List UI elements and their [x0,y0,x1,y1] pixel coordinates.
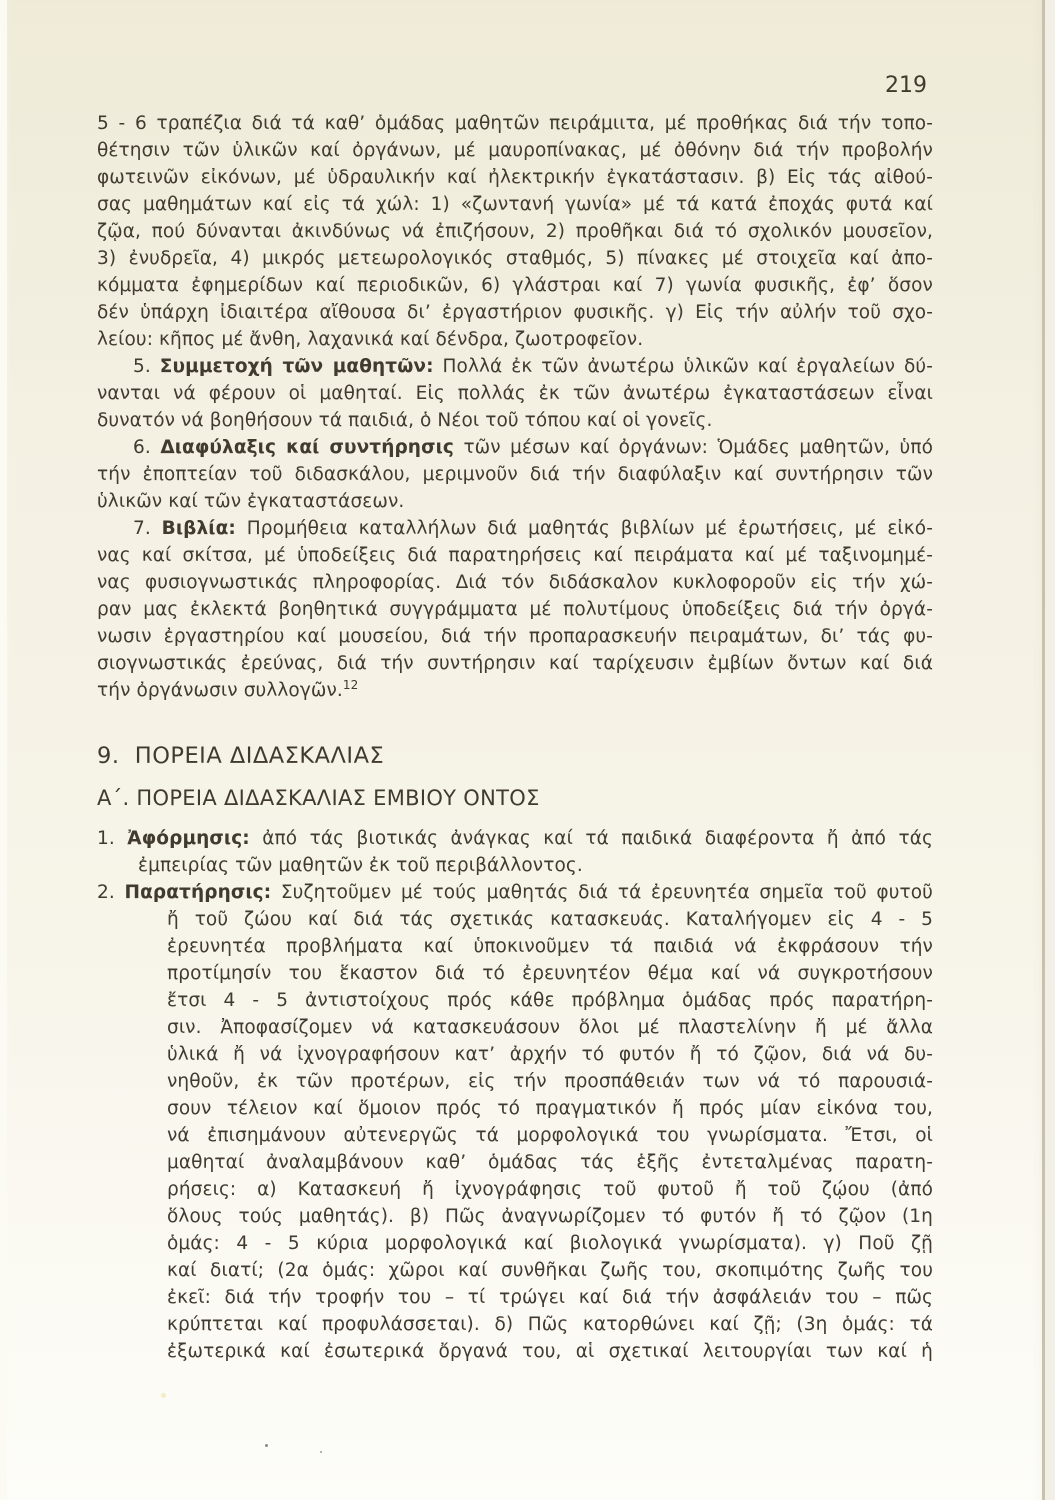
text-line: ρήσεις: α) Κατασκευή ἤ ἰχνογράφησις τοῦ … [97,1176,933,1203]
text-line: καί διατί; (2α ὁμάς: χῶροι καί συνθῆκαι … [97,1257,933,1284]
paper-speck [320,1451,322,1453]
text-line: 2. Παρατήρησις: Συζητοῦμεν μέ τούς μαθητ… [97,879,933,906]
text-line: κόμματα ἐφημερίδων καί περιοδικῶν, 6) γλ… [97,272,933,299]
text-line: ἐκεῖ: διά τήν τροφήν του – τί τρώγει καί… [97,1284,933,1311]
item-5-participation: 5. Συμμετοχή τῶν μαθητῶν: Πολλά ἐκ τῶν ἀ… [97,353,933,434]
footnote-marker: 12 [343,678,358,692]
text-line: μαθηταί ἀναλαμβάνουν καθ’ ὁμάδας τάς ἑξῆ… [97,1149,933,1176]
text-line: 1. Ἀφόρμησις: ἀπό τάς βιοτικάς ἀνάγκας κ… [97,825,933,852]
body-top: 5 - 6 τραπέζια διά τά καθ’ ὁμάδας μαθητῶ… [97,110,933,704]
section-heading: 9. ΠΟΡΕΙΑ ΔΙΔΑΣΚΑΛΙΑΣ [97,741,384,771]
text-line: 6. Διαφύλαξις καί συντήρησις τῶν μέσων κ… [97,434,933,461]
text-line: ὅλους τούς μαθητάς). β) Πῶς ἀναγνωρίζομε… [97,1203,933,1230]
text-line: 5 - 6 τραπέζια διά τά καθ’ ὁμάδας μαθητῶ… [97,110,933,137]
text-line: ἐμπειρίας τῶν μαθητῶν ἐκ τοῦ περιβάλλοντ… [97,852,933,879]
text-line: θέτησιν τῶν ὑλικῶν καί ὀργάνων, μέ μαυρο… [97,137,933,164]
text-line: τήν ὀργάνωσιν συλλογῶν.12 [97,677,933,704]
text-line: προτίμησίν του ἕκαστον διά τό ἐρευνητέον… [97,960,933,987]
text-line: 7. Βιβλία: Προμήθεια καταλλήλων διά μαθη… [97,515,933,542]
text-line: φωτεινῶν εἰκόνων, μέ ὑδραυλικήν καί ἠλεκ… [97,164,933,191]
text-line: λείου: κῆπος μέ ἄνθη, λαχανικά καί δένδρ… [97,326,933,353]
text-line: νηθοῦν, ἐκ τῶν προτέρων, εἰς τήν προσπάθ… [97,1068,933,1095]
text-line: ζῷα, πού δύνανται ἀκινδύνως νά ἐπιζήσουν… [97,218,933,245]
text-line: νας φυσιογνωστικάς πληροφορίας. Διά τόν … [97,569,933,596]
text-line: σουν τέλειον καί ὅμοιον πρός τό πραγματι… [97,1095,933,1122]
text-line: ἐξωτερικά καί ἐσωτερικά ὄργανά του, αἱ σ… [97,1338,933,1365]
paper-stain [161,1393,166,1398]
text-line: ἤ τοῦ ζώου καί διά τάς σχετικάς κατασκευ… [97,906,933,933]
text-line: ραν μας ἐκλεκτά βοηθητικά συγγράμματα μέ… [97,596,933,623]
text-line: ἐρευνητέα προβλήματα καί ὑποκινοῦμεν τά … [97,933,933,960]
text-line: σας μαθημάτων καί εἰς τά χώλ: 1) «ζωνταν… [97,191,933,218]
item-6-preservation: 6. Διαφύλαξις καί συντήρησις τῶν μέσων κ… [97,434,933,515]
step-2-paratirisis: 2. Παρατήρησις: Συζητοῦμεν μέ τούς μαθητ… [97,879,933,1365]
book-page: 219 5 - 6 τραπέζια διά τά καθ’ ὁμάδας μα… [0,0,1055,1500]
text-line: σιν. Ἀποφασίζομεν νά κατασκευάσουν ὅλοι … [97,1014,933,1041]
text-line: ὁμάς: 4 - 5 κύρια μορφολογικά καί βιολογ… [97,1230,933,1257]
text-line: ἔτσι 4 - 5 ἀντιστοίχους πρός κάθε πρόβλη… [97,987,933,1014]
text-line: σιογνωστικάς ἐρεύνας, διά τήν συντήρησιν… [97,650,933,677]
page-right-margin [1045,0,1055,1500]
text-line: νας καί σκίτσα, μέ ὑποδείξεις διά παρατη… [97,542,933,569]
text-line: ὑλικά ἤ νά ἰχνογραφήσουν κατ’ ἀρχήν τό φ… [97,1041,933,1068]
text-line: νανται νά φέρουν οἱ μαθηταί. Εἰς πολλάς … [97,380,933,407]
item-7-books: 7. Βιβλία: Προμήθεια καταλλήλων διά μαθη… [97,515,933,704]
text-line: δέν ὑπάρχη ἰδιαιτέρα αἴθουσα δι’ ἐργαστή… [97,299,933,326]
continued-paragraph: 5 - 6 τραπέζια διά τά καθ’ ὁμάδας μαθητῶ… [97,110,933,353]
text-line: 3) ἐνυδρεῖα, 4) μικρός μετεωρολογικός στ… [97,245,933,272]
text-line: δυνατόν νά βοηθήσουν τά παιδιά, ὁ Νέοι τ… [97,407,933,434]
page-number: 219 [885,74,927,98]
page-left-edge [0,0,7,1500]
text-line: νά ἐπισημάνουν αὐτενεργῶς τά μορφολογικά… [97,1122,933,1149]
text-line: ὑλικῶν καί τῶν ἐγκαταστάσεων. [97,488,933,515]
step-1-aformisis: 1. Ἀφόρμησις: ἀπό τάς βιοτικάς ἀνάγκας κ… [97,825,933,879]
subsection-heading: Α΄. ΠΟΡΕΙΑ ΔΙΔΑΣΚΑΛΙΑΣ ΕΜΒΙΟΥ ΟΝΤΟΣ [97,784,540,812]
text-line: κρύπτεται καί προφυλάσσεται). δ) Πῶς κατ… [97,1311,933,1338]
text-line: 5. Συμμετοχή τῶν μαθητῶν: Πολλά ἐκ τῶν ἀ… [97,353,933,380]
paper-speck [265,1444,268,1447]
text-line: τήν ἐποπτείαν τοῦ διδασκάλου, μεριμνοῦν … [97,461,933,488]
text-line: νωσιν ἐργαστηρίου καί μουσείου, διά τήν … [97,623,933,650]
body-items: 1. Ἀφόρμησις: ἀπό τάς βιοτικάς ἀνάγκας κ… [97,825,933,1365]
